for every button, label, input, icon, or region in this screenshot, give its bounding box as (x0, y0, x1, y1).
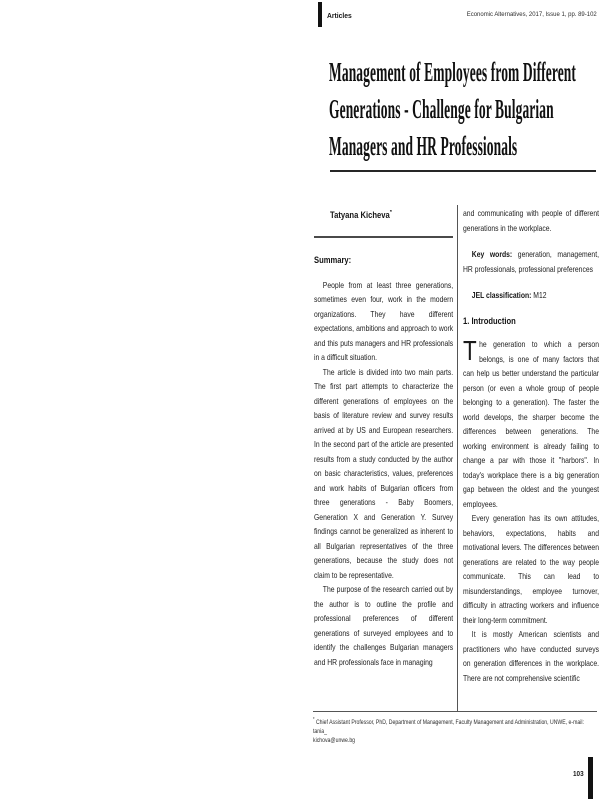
footnote-mark: * (313, 717, 315, 723)
header-accent-bar (318, 2, 322, 27)
left-column: Summary: People from at least three gene… (314, 254, 453, 669)
introduction-paragraph-1: The generation to which a person belongs… (463, 337, 599, 511)
footnote: * Chief Assistant Professor, PhD, Depart… (313, 716, 599, 745)
author-footnote-mark: * (390, 210, 392, 216)
page-title: Management of Employees from Different G… (329, 54, 600, 165)
footnote-text: Chief Assistant Professor, PhD, Departme… (313, 719, 584, 744)
introduction-paragraph-3: It is mostly American scientists and pra… (463, 627, 599, 685)
page-edge-bar (588, 757, 593, 799)
jel-value: M12 (533, 290, 546, 300)
right-column: and communicating with people of differe… (463, 206, 599, 685)
author-name-text: Tatyana Kicheva (330, 210, 390, 220)
keywords-paragraph: Key words: generation, management, HR pr… (463, 247, 599, 276)
summary-paragraph-3: The purpose of the research carried out … (314, 582, 453, 669)
author-divider-rule (314, 236, 453, 238)
title-divider-rule (330, 170, 596, 172)
header-section-label: Articles (327, 11, 352, 20)
dropcap-letter: T (463, 337, 479, 363)
header-journal-line: Economic Alternatives, 2017, Issue 1, pp… (467, 11, 597, 18)
footnote-divider-rule (313, 711, 597, 712)
column-divider-rule (457, 205, 458, 711)
summary-paragraph-1: People from at least three generations, … (314, 278, 453, 365)
introduction-heading: 1. Introduction (463, 315, 599, 330)
summary-heading: Summary: (314, 254, 453, 269)
summary-paragraph-2: The article is divided into two main par… (314, 365, 453, 583)
jel-paragraph: JEL classification: M12 (463, 288, 599, 303)
keywords-label: Key words: (472, 249, 512, 259)
page-number: 103 (573, 769, 584, 778)
continuation-paragraph: and communicating with people of differe… (463, 206, 599, 235)
jel-label: JEL classification: (472, 290, 532, 300)
introduction-paragraph-2: Every generation has its own attitudes, … (463, 511, 599, 627)
author-name: Tatyana Kicheva* (330, 210, 392, 220)
introduction-paragraph-1-text: he generation to which a person belongs,… (463, 339, 599, 509)
